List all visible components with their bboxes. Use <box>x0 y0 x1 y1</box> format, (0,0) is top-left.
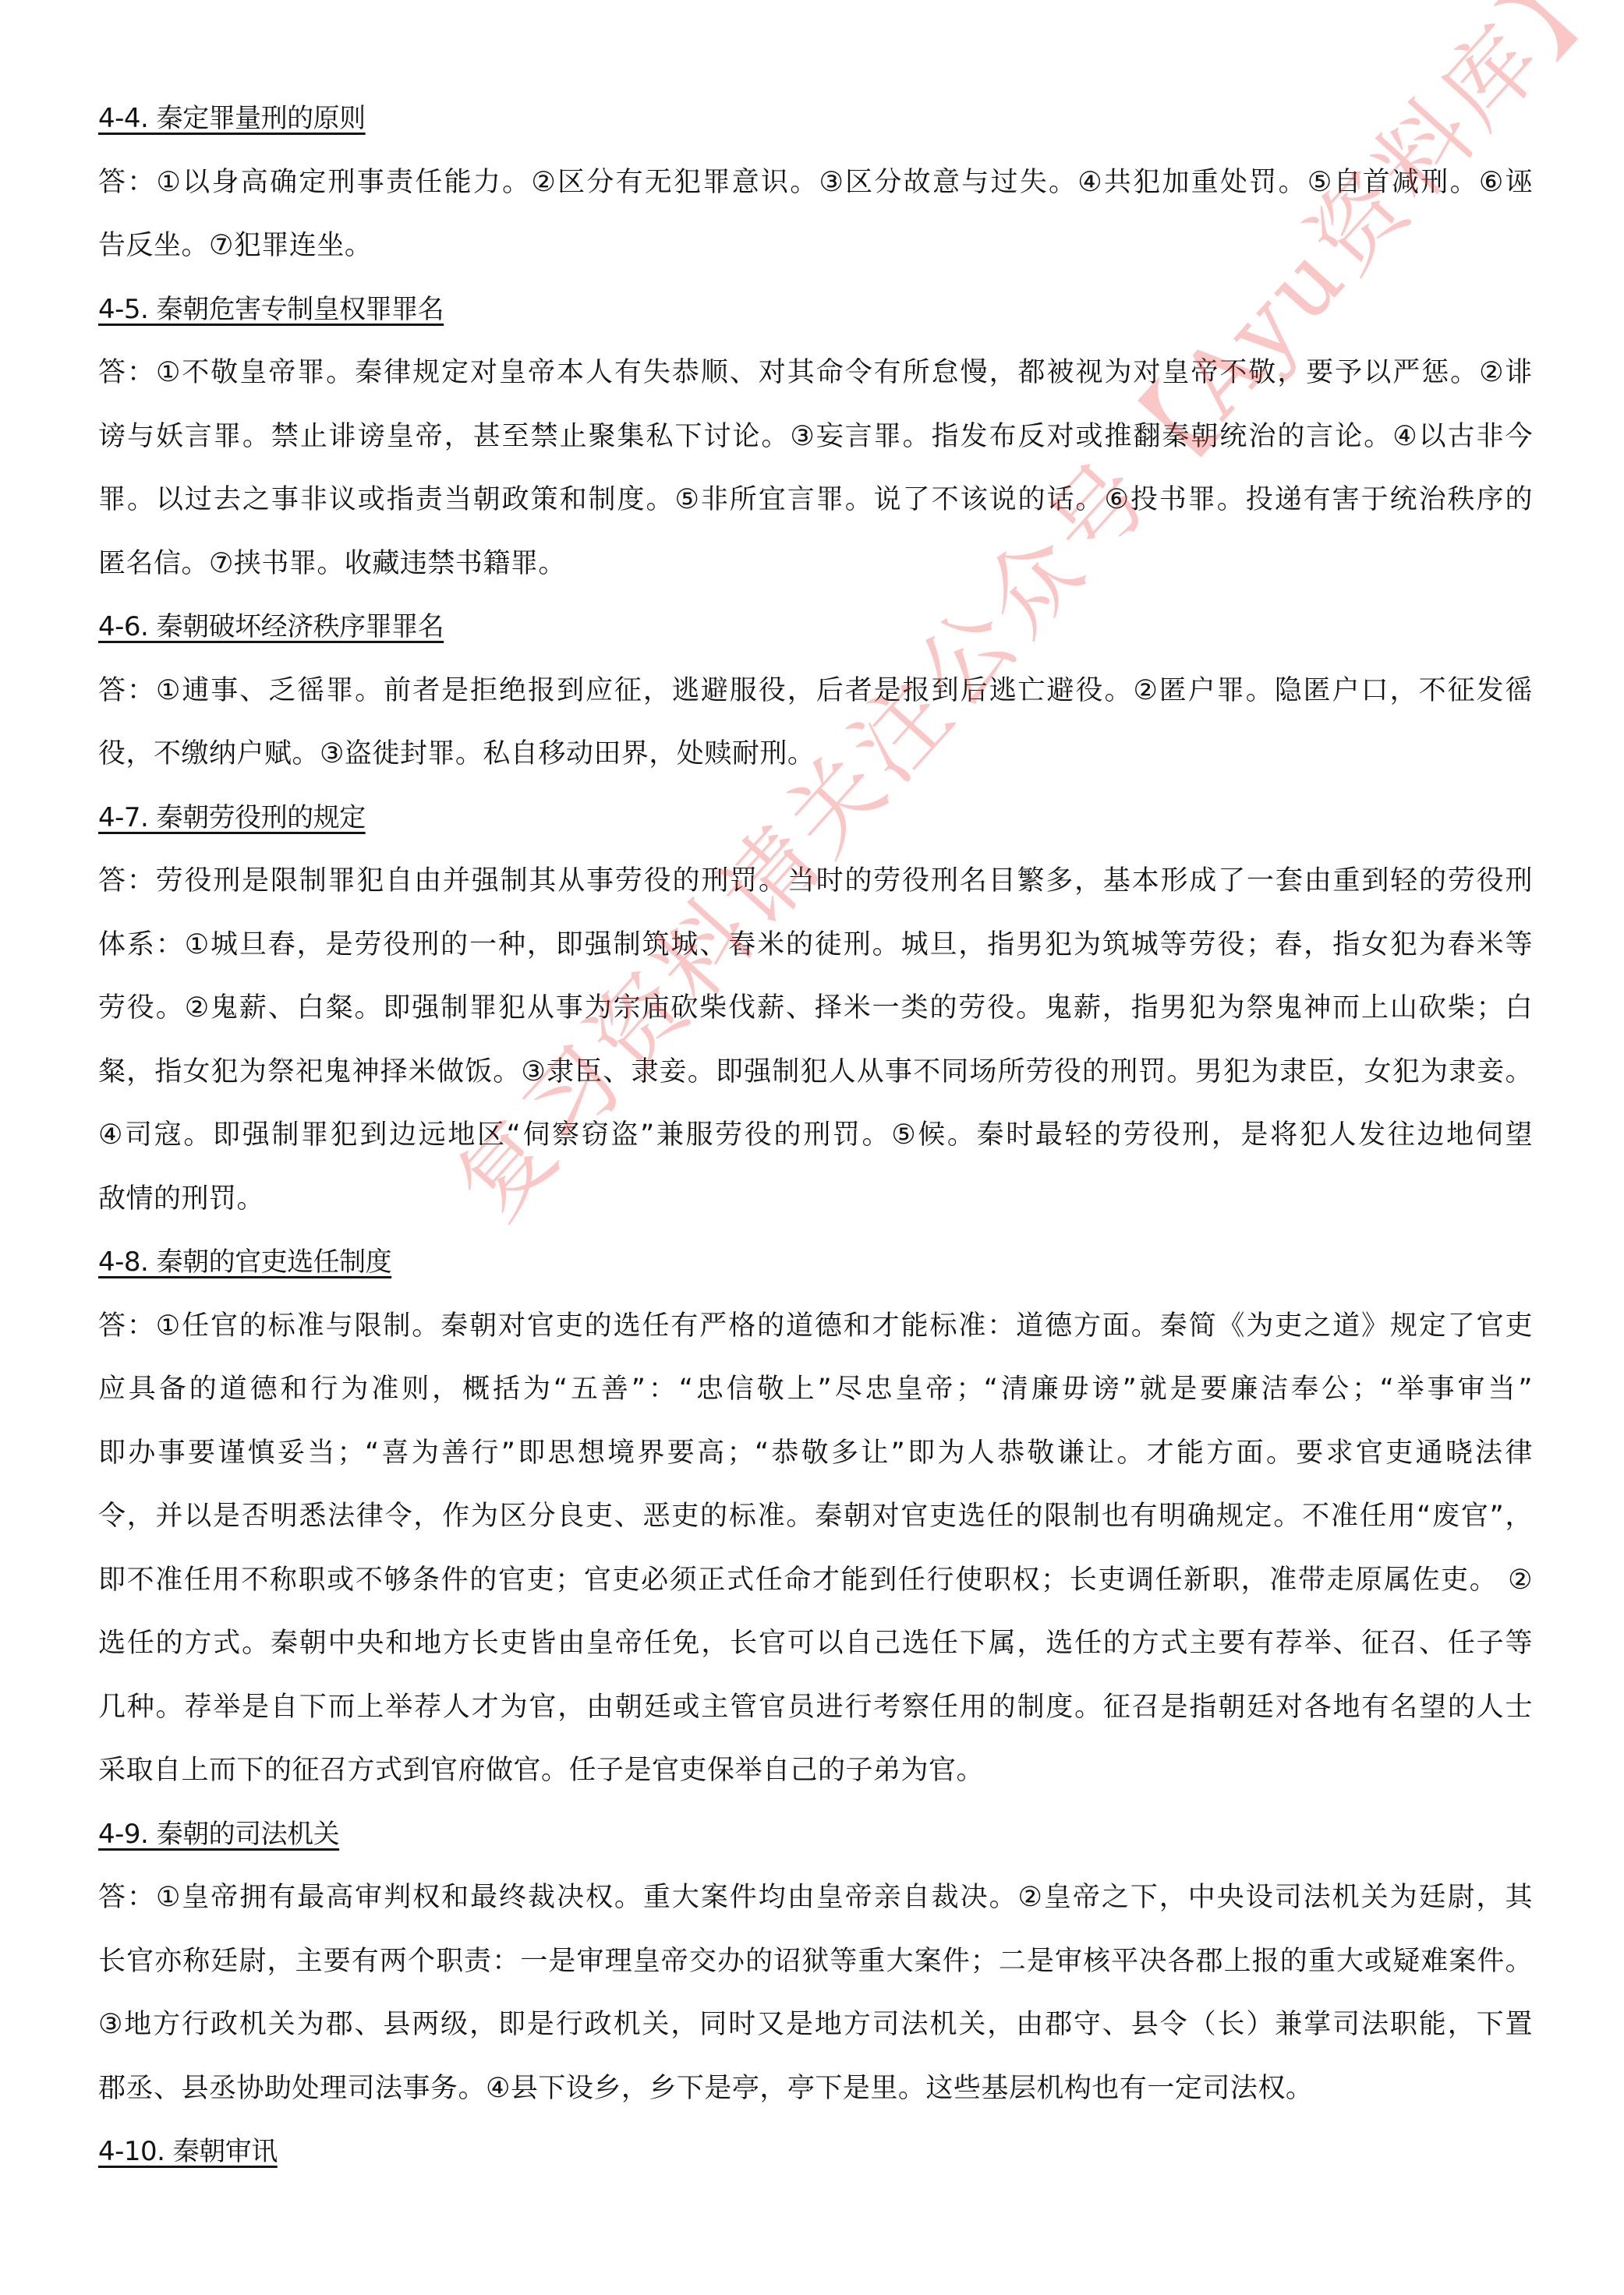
document-page: 4-4. 秦定罪量刑的原则 答：①以身高确定刑事责任能力。②区分有无犯罪意识。③… <box>98 87 1533 2184</box>
section-heading: 4-8. 秦朝的官吏选任制度 <box>98 1231 1533 1295</box>
body-line: 答：①逋事、乏徭罪。前者是拒绝报到应征，逃避服役，后者是报到后逃亡避役。②匿户罪… <box>98 660 1533 723</box>
body-line: 答：①不敬皇帝罪。秦律规定对皇帝本人有失恭顺、对其命令有所怠慢，都被视为对皇帝不… <box>98 341 1533 405</box>
body-line: 役，不缴纳户赋。③盗徙封罪。私自移动田界，处赎耐刑。 <box>98 723 1533 787</box>
body-line: 采取自上而下的征召方式到官府做官。任子是官吏保举自己的子弟为官。 <box>98 1739 1533 1803</box>
body-line: 令，并以是否明悉法律令，作为区分良吏、恶吏的标准。秦朝对官吏选任的限制也有明确规… <box>98 1485 1533 1549</box>
body-line: 体系：①城旦舂，是劳役刑的一种，即强制筑城、舂米的徒刑。城旦，指男犯为筑城等劳役… <box>98 914 1533 978</box>
body-line: 告反坐。⑦犯罪连坐。 <box>98 214 1533 278</box>
body-line: 长官亦称廷尉，主要有两个职责：一是审理皇帝交办的诏狱等重大案件；二是审核平决各郡… <box>98 1930 1533 1994</box>
body-line: ③地方行政机关为郡、县两级，即是行政机关，同时又是地方司法机关，由郡守、县令（长… <box>98 1993 1533 2057</box>
section-heading: 4-6. 秦朝破坏经济秩序罪罪名 <box>98 596 1533 660</box>
body-line: 敌情的刑罚。 <box>98 1168 1533 1232</box>
body-line: 谤与妖言罪。禁止诽谤皇帝，甚至禁止聚集私下讨论。③妄言罪。指发布反对或推翻秦朝统… <box>98 405 1533 469</box>
body-line: 即不准任用不称职或不够条件的官吏；官吏必须正式任命才能到任行使职权；长吏调任新职… <box>98 1549 1533 1613</box>
body-line: 匿名信。⑦挟书罪。收藏违禁书籍罪。 <box>98 532 1533 596</box>
body-line: 罪。以过去之事非议或指责当朝政策和制度。⑤非所宜言罪。说了不该说的话。⑥投书罪。… <box>98 469 1533 532</box>
body-line: 答：①以身高确定刑事责任能力。②区分有无犯罪意识。③区分故意与过失。④共犯加重处… <box>98 151 1533 215</box>
body-line: 郡丞、县丞协助处理司法事务。④县下设乡，乡下是亭，亭下是里。这些基层机构也有一定… <box>98 2057 1533 2121</box>
body-line: 粲，指女犯为祭祀鬼神择米做饭。③隶臣、隶妾。即强制犯人从事不同场所劳役的刑罚。男… <box>98 1041 1533 1105</box>
section-heading: 4-7. 秦朝劳役刑的规定 <box>98 787 1533 850</box>
body-line: 答：①皇帝拥有最高审判权和最终裁决权。重大案件均由皇帝亲自裁决。②皇帝之下，中央… <box>98 1866 1533 1930</box>
body-line: 答：①任官的标准与限制。秦朝对官吏的选任有严格的道德和才能标准：道德方面。秦简《… <box>98 1295 1533 1359</box>
body-line: 劳役。②鬼薪、白粲。即强制罪犯从事为宗庙砍柴伐薪、择米一类的劳役。鬼薪，指男犯为… <box>98 977 1533 1041</box>
body-line: 几种。荐举是自下而上举荐人才为官，由朝廷或主管官员进行考察任用的制度。征召是指朝… <box>98 1676 1533 1740</box>
body-line: 答：劳役刑是限制罪犯自由并强制其从事劳役的刑罚。当时的劳役刑名目繁多，基本形成了… <box>98 850 1533 914</box>
body-line: 应具备的道德和行为准则，概括为“五善”：“忠信敬上”尽忠皇帝；“清廉毋谤”就是要… <box>98 1358 1533 1422</box>
body-line: 选任的方式。秦朝中央和地方长吏皆由皇帝任免，长官可以自己选任下属，选任的方式主要… <box>98 1612 1533 1676</box>
section-heading: 4-4. 秦定罪量刑的原则 <box>98 87 1533 151</box>
section-heading: 4-5. 秦朝危害专制皇权罪罪名 <box>98 278 1533 342</box>
section-heading: 4-9. 秦朝的司法机关 <box>98 1803 1533 1867</box>
body-line: ④司寇。即强制罪犯到边远地区“伺察窃盗”兼服劳役的刑罚。⑤候。秦时最轻的劳役刑，… <box>98 1104 1533 1168</box>
section-heading: 4-10. 秦朝审讯 <box>98 2120 1533 2184</box>
body-line: 即办事要谨慎妥当；“喜为善行”即思想境界要高；“恭敬多让”即为人恭敬谦让。才能方… <box>98 1422 1533 1486</box>
